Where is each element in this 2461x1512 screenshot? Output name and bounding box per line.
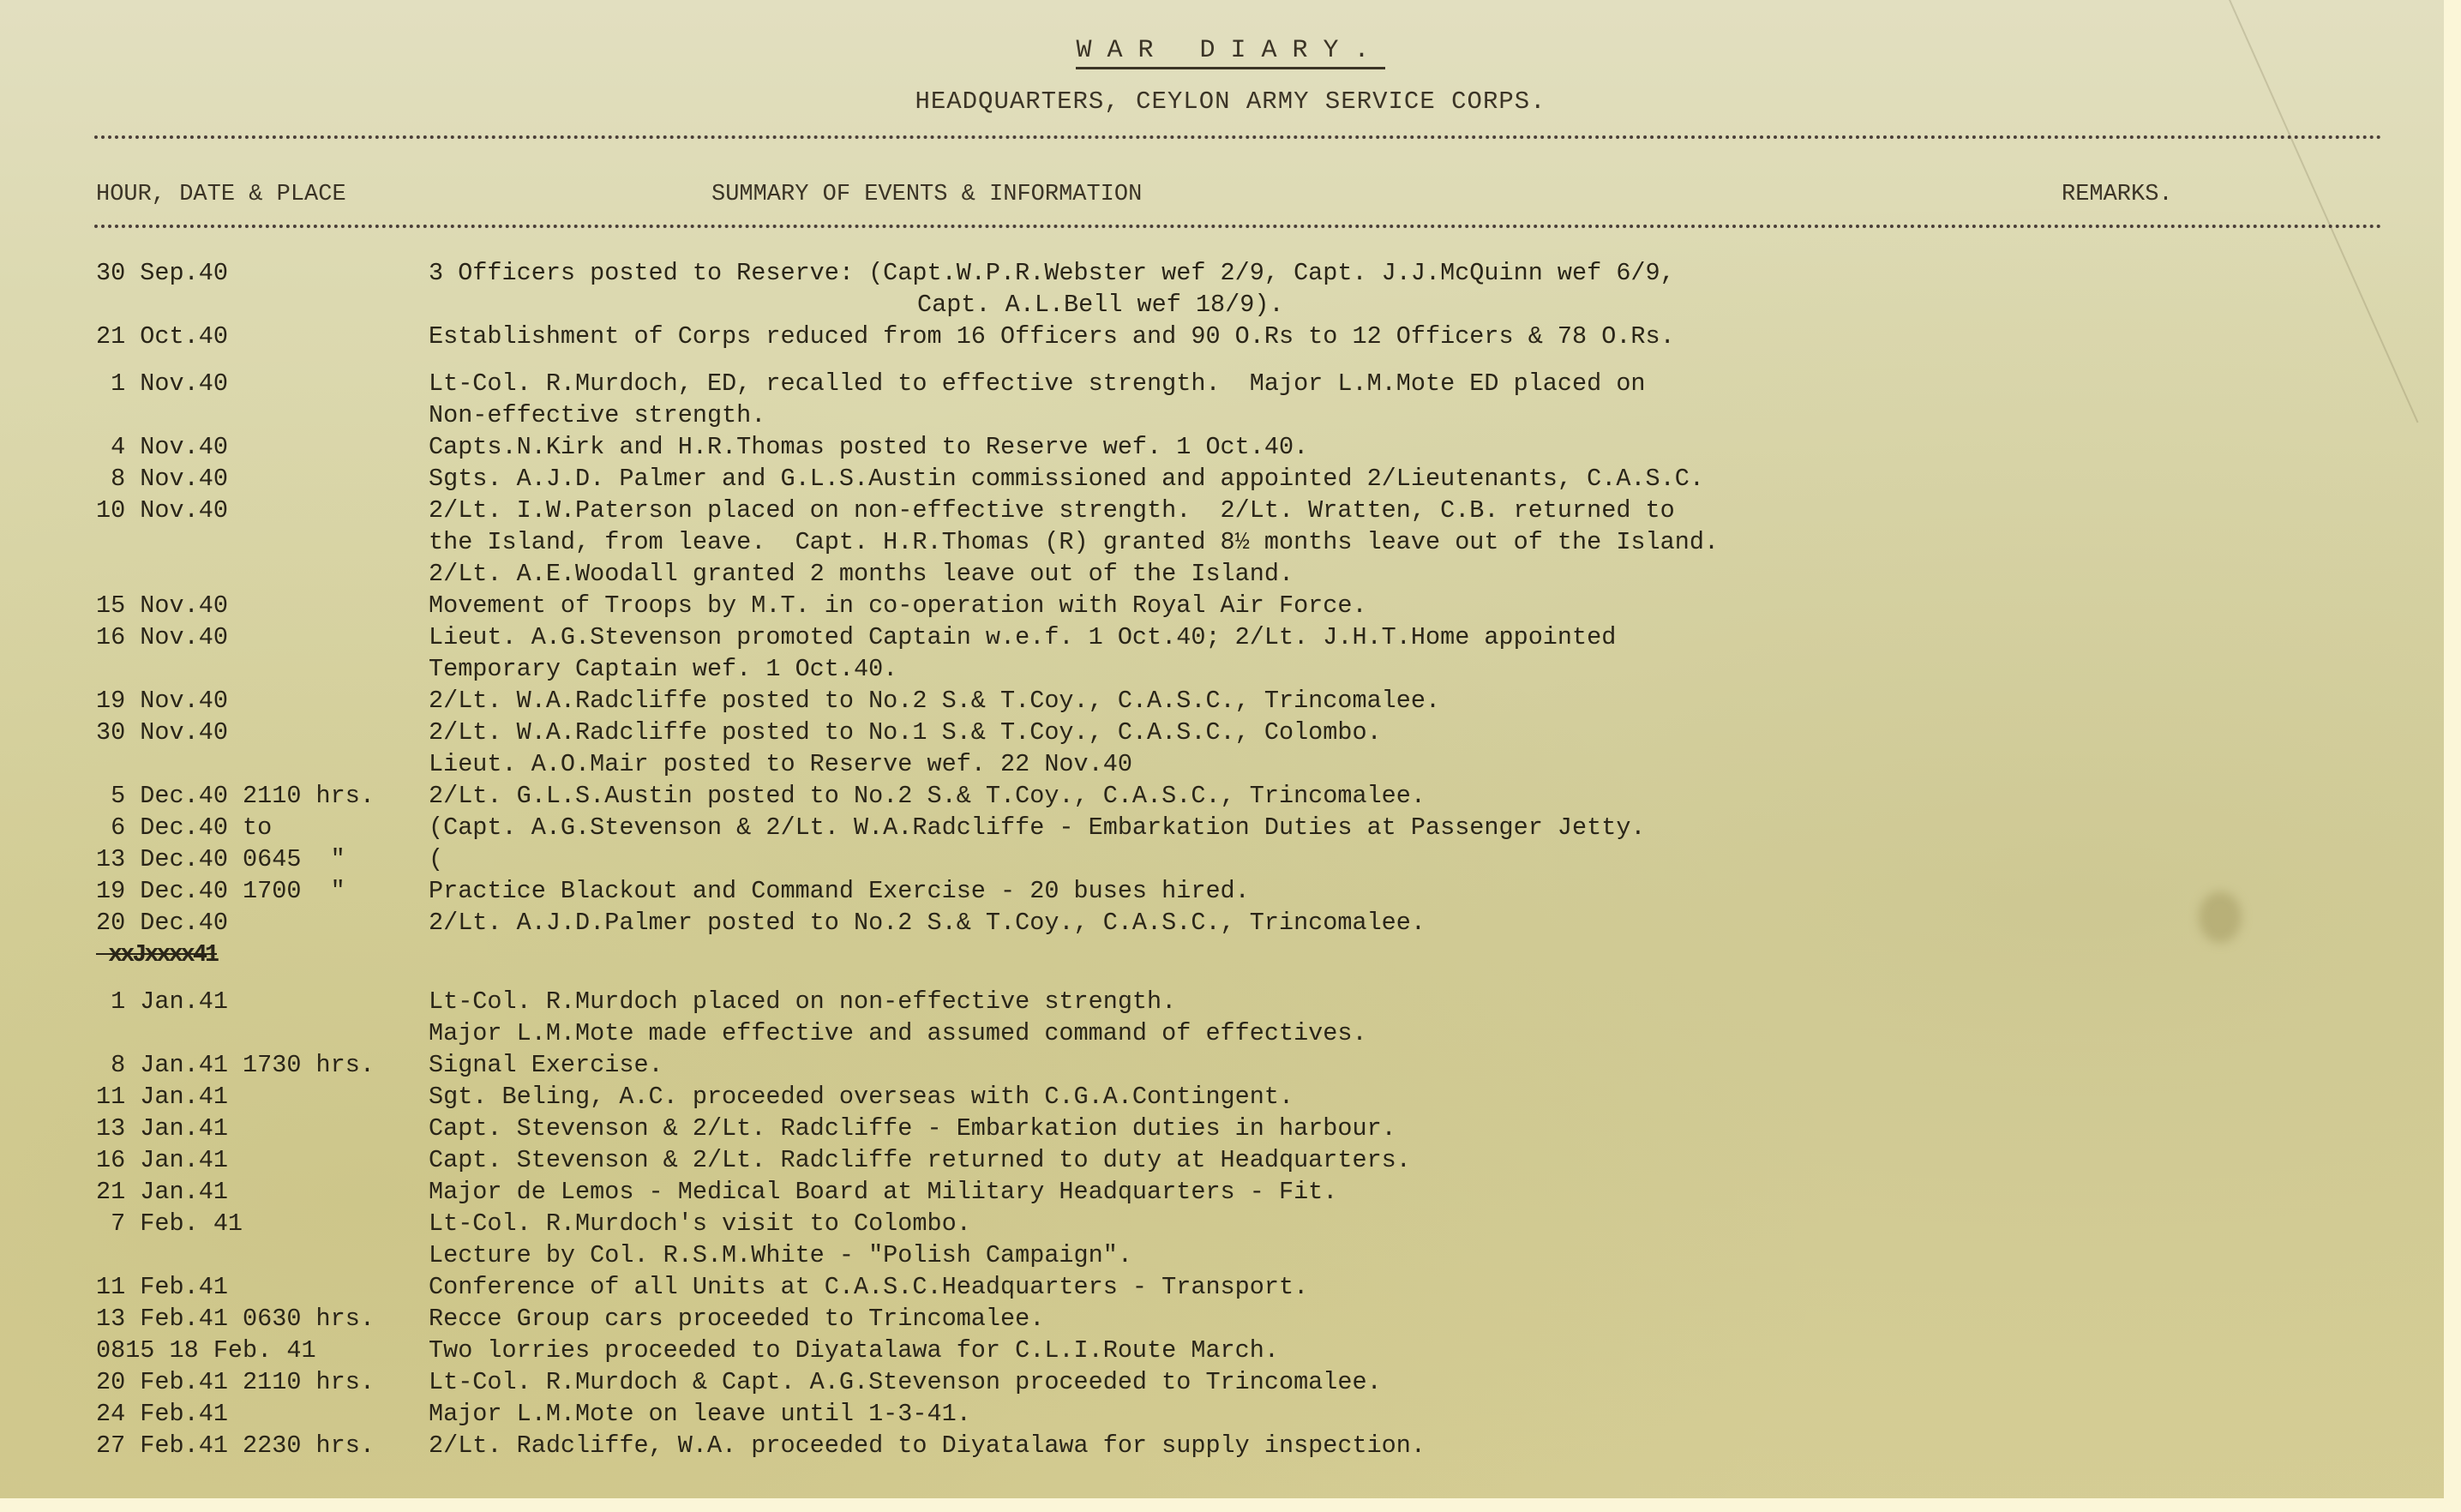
entry-date: 19 Nov.40 [96,685,422,717]
entry-date: 21 Oct.40 [96,321,422,352]
entry-date: 30 Nov.40 [96,717,422,748]
entry-date: 8 Jan.41 1730 hrs. [96,1049,422,1081]
entry-summary: Lecture by Col. R.S.M.White - "Polish Ca… [429,1239,1132,1271]
diary-entry-row: Capt. A.L.Bell wef 18/9). [0,289,2461,321]
diary-entry-row: 11 Jan.41Sgt. Beling, A.C. proceeded ove… [0,1081,2461,1113]
entry-date: 11 Feb.41 [96,1271,422,1303]
entry-date: 27 Feb.41 2230 hrs. [96,1430,422,1461]
diary-entry-row: 21 Jan.41Major de Lemos - Medical Board … [0,1176,2461,1208]
diary-entry-row: 1 Nov.40Lt-Col. R.Murdoch, ED, recalled … [0,368,2461,399]
diary-entry-row: 5 Dec.40 2110 hrs.2/Lt. G.L.S.Austin pos… [0,780,2461,812]
header-rule [94,225,2383,228]
diary-entry-row: the Island, from leave. Capt. H.R.Thomas… [0,526,2461,558]
entry-date: 6 Dec.40 to [96,812,422,843]
diary-entry-row: 11 Feb.41Conference of all Units at C.A.… [0,1271,2461,1303]
entry-summary: Capt. A.L.Bell wef 18/9). [917,289,1284,321]
entry-date: 5 Dec.40 2110 hrs. [96,780,422,812]
entry-summary: 2/Lt. A.E.Woodall granted 2 months leave… [429,558,1294,590]
entry-summary: Capt. Stevenson & 2/Lt. Radcliffe - Emba… [429,1113,1396,1144]
diary-entry-row: 1 Jan.41Lt-Col. R.Murdoch placed on non-… [0,986,2461,1017]
entry-summary: 2/Lt. W.A.Radcliffe posted to No.2 S.& T… [429,685,1440,717]
title-text: WAR DIARY. [1076,36,1384,69]
entry-summary: Capt. Stevenson & 2/Lt. Radcliffe return… [429,1144,1411,1176]
entry-date: 1 Jan.41 [96,986,422,1017]
diary-entry-row: 2/Lt. A.E.Woodall granted 2 months leave… [0,558,2461,590]
entry-summary: Lt-Col. R.Murdoch's visit to Colombo. [429,1208,971,1239]
diary-entry-row: 30 Nov.402/Lt. W.A.Radcliffe posted to N… [0,717,2461,748]
diary-entry-row: Non-effective strength. [0,399,2461,431]
entry-summary: Capts.N.Kirk and H.R.Thomas posted to Re… [429,431,1308,463]
entry-summary: Lieut. A.G.Stevenson promoted Captain w.… [429,621,1616,653]
diary-entry-row: 13 Dec.40 0645 "( [0,843,2461,875]
entry-date: 16 Nov.40 [96,621,422,653]
diary-entry-row: 0815 18 Feb. 41Two lorries proceeded to … [0,1335,2461,1366]
entry-summary: Lt-Col. R.Murdoch & Capt. A.G.Stevenson … [429,1366,1382,1398]
entry-summary: Temporary Captain wef. 1 Oct.40. [429,653,897,685]
diary-entry-row: 13 Feb.41 0630 hrs.Recce Group cars proc… [0,1303,2461,1335]
entry-summary: Conference of all Units at C.A.S.C.Headq… [429,1271,1308,1303]
entry-date: 13 Dec.40 0645 " [96,843,422,875]
entry-date: 30 Sep.40 [96,257,422,289]
entry-date: 10 Nov.40 [96,495,422,526]
top-rule [94,135,2383,139]
entry-summary: Non-effective strength. [429,399,765,431]
diary-entry-row: Lieut. A.O.Mair posted to Reserve wef. 2… [0,748,2461,780]
entry-summary: Lieut. A.O.Mair posted to Reserve wef. 2… [429,748,1132,780]
diary-entry-row: 8 Nov.40Sgts. A.J.D. Palmer and G.L.S.Au… [0,463,2461,495]
entry-date: 4 Nov.40 [96,431,422,463]
diary-entry-row: 15 Nov.40Movement of Troops by M.T. in c… [0,590,2461,621]
column-header-remarks: REMARKS. [2062,182,2173,207]
diary-entry-row: 6 Dec.40 to(Capt. A.G.Stevenson & 2/Lt. … [0,812,2461,843]
entry-summary: (Capt. A.G.Stevenson & 2/Lt. W.A.Radclif… [429,812,1646,843]
diary-entry-row: 10 Nov.402/Lt. I.W.Paterson placed on no… [0,495,2461,526]
entry-date: 13 Feb.41 0630 hrs. [96,1303,422,1335]
diary-entry-row: 20 Feb.41 2110 hrs.Lt-Col. R.Murdoch & C… [0,1366,2461,1398]
entry-date: 15 Nov.40 [96,590,422,621]
entry-date: 16 Jan.41 [96,1144,422,1176]
column-header-date: HOUR, DATE & PLACE [96,182,346,207]
diary-page: WAR DIARY. HEADQUARTERS, CEYLON ARMY SER… [0,0,2444,1498]
entry-summary: the Island, from leave. Capt. H.R.Thomas… [429,526,1719,558]
diary-entry-row: Temporary Captain wef. 1 Oct.40. [0,653,2461,685]
entry-date: 0815 18 Feb. 41 [96,1335,422,1366]
entry-summary: Sgt. Beling, A.C. proceeded overseas wit… [429,1081,1294,1113]
entry-summary: Practice Blackout and Command Exercise -… [429,875,1250,907]
document-title: WAR DIARY. [0,36,2461,65]
entry-date: 1 Nov.40 [96,368,422,399]
diary-entry-row: 13 Jan.41Capt. Stevenson & 2/Lt. Radclif… [0,1113,2461,1144]
entry-summary: Recce Group cars proceeded to Trincomale… [429,1303,1044,1335]
entry-date: 11 Jan.41 [96,1081,422,1113]
entry-date: 8 Nov.40 [96,463,422,495]
entry-summary: Sgts. A.J.D. Palmer and G.L.S.Austin com… [429,463,1704,495]
column-header-summary: SUMMARY OF EVENTS & INFORMATION [711,182,1142,207]
entry-summary: 2/Lt. G.L.S.Austin posted to No.2 S.& T.… [429,780,1426,812]
diary-entry-row: 30 Sep.403 Officers posted to Reserve: (… [0,257,2461,289]
entry-summary: Establishment of Corps reduced from 16 O… [429,321,1675,352]
diary-entries: 30 Sep.403 Officers posted to Reserve: (… [0,257,2461,1461]
diary-entry-row: 20 Dec.402/Lt. A.J.D.Palmer posted to No… [0,907,2461,939]
entry-summary: 2/Lt. A.J.D.Palmer posted to No.2 S.& T.… [429,907,1426,939]
entry-date: 7 Feb. 41 [96,1208,422,1239]
diary-entry-row: xxJxxxx41 [0,939,2461,970]
diary-entry-row: 19 Nov.402/Lt. W.A.Radcliffe posted to N… [0,685,2461,717]
entry-date: 19 Dec.40 1700 " [96,875,422,907]
diary-entry-row: 19 Dec.40 1700 "Practice Blackout and Co… [0,875,2461,907]
diary-entry-row: Lecture by Col. R.S.M.White - "Polish Ca… [0,1239,2461,1271]
entry-summary: 3 Officers posted to Reserve: (Capt.W.P.… [429,257,1675,289]
diary-entry-row: 4 Nov.40Capts.N.Kirk and H.R.Thomas post… [0,431,2461,463]
diary-entry-row: 24 Feb.41Major L.M.Mote on leave until 1… [0,1398,2461,1430]
diary-entry-row: 27 Feb.41 2230 hrs.2/Lt. Radcliffe, W.A.… [0,1430,2461,1461]
entry-date: 20 Dec.40 [96,907,422,939]
entry-summary: ( [429,843,443,875]
entry-summary: 2/Lt. Radcliffe, W.A. proceeded to Diyat… [429,1430,1426,1461]
entry-date: 13 Jan.41 [96,1113,422,1144]
entry-summary: Major de Lemos - Medical Board at Milita… [429,1176,1337,1208]
entry-summary: Two lorries proceeded to Diyatalawa for … [429,1335,1279,1366]
entry-date: 21 Jan.41 [96,1176,422,1208]
entry-summary: Major L.M.Mote on leave until 1-3-41. [429,1398,971,1430]
diary-entry-row: 16 Nov.40Lieut. A.G.Stevenson promoted C… [0,621,2461,653]
entry-date: xxJxxxx41 [96,939,422,970]
diary-entry-row: 7 Feb. 41Lt-Col. R.Murdoch's visit to Co… [0,1208,2461,1239]
diary-entry-row: 16 Jan.41Capt. Stevenson & 2/Lt. Radclif… [0,1144,2461,1176]
entry-summary: Movement of Troops by M.T. in co-operati… [429,590,1367,621]
entry-summary: 2/Lt. I.W.Paterson placed on non-effecti… [429,495,1675,526]
entry-date: 20 Feb.41 2110 hrs. [96,1366,422,1398]
entry-summary: Lt-Col. R.Murdoch placed on non-effectiv… [429,986,1176,1017]
entry-summary: Lt-Col. R.Murdoch, ED, recalled to effec… [429,368,1646,399]
entry-summary: Major L.M.Mote made effective and assume… [429,1017,1367,1049]
diary-entry-row: 21 Oct.40Establishment of Corps reduced … [0,321,2461,352]
entry-summary: Signal Exercise. [429,1049,663,1081]
document-subtitle: HEADQUARTERS, CEYLON ARMY SERVICE CORPS. [0,87,2461,116]
entry-summary: 2/Lt. W.A.Radcliffe posted to No.1 S.& T… [429,717,1382,748]
diary-entry-row: 8 Jan.41 1730 hrs.Signal Exercise. [0,1049,2461,1081]
diary-entry-row: Major L.M.Mote made effective and assume… [0,1017,2461,1049]
entry-date: 24 Feb.41 [96,1398,422,1430]
